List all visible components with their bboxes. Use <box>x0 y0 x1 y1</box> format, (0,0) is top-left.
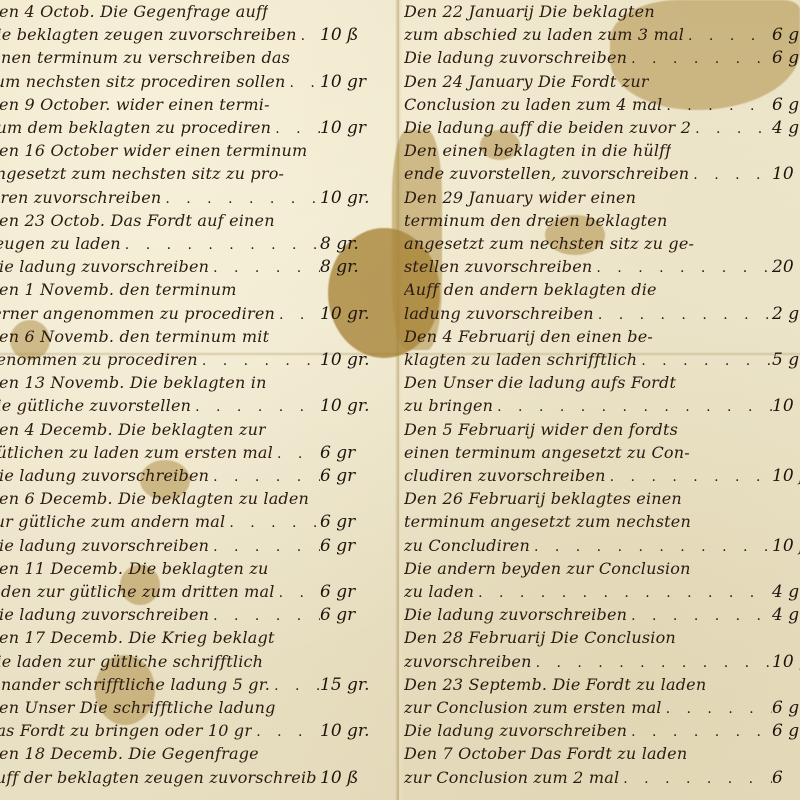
ledger-entry-line: laden zur gütliche zum dritten mal. . . … <box>0 582 378 606</box>
entry-text: Den 7 October Das Fordt zu laden <box>404 744 687 763</box>
entry-text: Den 24 January Die Fordt zur <box>404 72 649 91</box>
entry-text: Den 29 January wider einen <box>404 188 636 207</box>
ledger-entry-line: Den 23 Octob. Das Fordt auf einen <box>0 211 378 235</box>
entry-amount: 6 gr <box>320 536 378 556</box>
entry-text: einander schrifftliche ladung 5 gr. <box>0 675 270 694</box>
entry-text: genommen zu procediren <box>0 350 198 369</box>
entry-text: Den 9 October. wider einen termi- <box>0 95 270 114</box>
leader-dots: . . . . . . . . . . . . . . . <box>209 539 320 555</box>
ledger-entry-line: Den 29 January wider einen <box>404 188 800 212</box>
entry-amount: 6 gr <box>320 605 378 625</box>
entry-amount: 6 <box>772 768 800 788</box>
ledger-entry-line: auff der beklagten zeugen zuvorschreib..… <box>0 768 378 792</box>
leader-dots: . . . . . . . . . . . . . . . <box>594 307 772 323</box>
entry-text: Den Unser die ladung aufs Fordt <box>404 373 676 392</box>
ledger-entry-line: Die ladung zuvorschreiben. . . . . . . .… <box>404 721 800 745</box>
entry-text: Den 6 Novemb. den terminum mit <box>0 327 269 346</box>
entry-text: klagten zu laden schrifftlich <box>404 350 637 369</box>
entry-text: Die ladung zuvorschreiben <box>404 48 627 67</box>
entry-amount: 10 gr. <box>320 350 378 370</box>
entry-amount: 6 gr <box>320 582 378 602</box>
entry-amount: 6 gr <box>320 512 378 532</box>
entry-amount: 10 ß <box>772 536 800 556</box>
entry-text: terminum angesetzt zum nechsten <box>404 512 691 531</box>
leader-dots: . . . . . . . . . . . . . . . <box>285 75 320 91</box>
ledger-entry-line: angesetzt zum nechsten sitz zu pro- <box>0 164 378 188</box>
ledger-entry-line: Die ladung zuvorschreiben. . . . . . . .… <box>404 48 800 72</box>
entry-text: zu Concludiren <box>404 536 530 555</box>
leader-dots: . . . . . . . . . . . . . . . <box>684 28 772 44</box>
leader-dots: . . . . . . . . . . . . . . . <box>271 121 320 137</box>
leader-dots: . . . . . . . . . . . . . . . <box>532 655 772 671</box>
leader-dots: . . . . . . . . . . . . . . . <box>689 167 772 183</box>
entry-amount: 2 g <box>772 304 800 324</box>
entry-text: die beklagten zeugen zuvorschreiben <box>0 25 297 44</box>
ledger-entry-line: Den 9 October. wider einen termi- <box>0 95 378 119</box>
ledger-entry-line: Die ladung zuvorschreiben. . . . . . . .… <box>0 605 378 629</box>
leader-dots: . . . . . . . . . . . . . . . <box>273 446 320 462</box>
ledger-entry-line: stellen zuvorschreiben. . . . . . . . . … <box>404 257 800 281</box>
entry-text: ciren zuvorschreiben <box>0 188 161 207</box>
entry-text: angesetzt zum nechsten sitz zu pro- <box>0 164 284 183</box>
ledger-entry-line: terminum angesetzt zum nechsten <box>404 512 800 536</box>
leader-dots: . . . . . . . . . . . . . . . <box>209 469 320 485</box>
entry-text: zum abschied zu laden zum 3 mal <box>404 25 684 44</box>
entry-text: Die ladung zuvorschreiben <box>0 257 209 276</box>
entry-text: Die ladung auff die beiden zuvor 2 <box>404 118 691 137</box>
ledger-entry-line: zu bringen. . . . . . . . . . . . . . .1… <box>404 396 800 420</box>
entry-text: stellen zuvorschreiben <box>404 257 592 276</box>
entry-amount: 6 g <box>772 25 800 45</box>
entry-text: Die ladung zuvorschreiben <box>0 536 209 555</box>
ledger-entry-line: ende zuvorstellen, zuvorschreiben. . . .… <box>404 164 800 188</box>
ledger-entry-line: zur Conclusion zum 2 mal. . . . . . . . … <box>404 768 800 792</box>
leader-dots: . . . . . . . . . . . . . . . <box>270 678 320 694</box>
entry-amount: 4 g <box>772 605 800 625</box>
ledger-entry-line: Den 28 Februarij Die Conclusion <box>404 628 800 652</box>
entry-text: Die ladung zuvorschreiben <box>404 721 627 740</box>
entry-amount: 6 gr <box>320 466 378 486</box>
ledger-entry-line: angesetzt zum nechsten sitz zu ge- <box>404 234 800 258</box>
leader-dots: . . . . . . . . . . . . . . . <box>627 608 772 624</box>
entry-text: Den Unser Die schrifftliche ladung <box>0 698 276 717</box>
ledger-entry-line: Den 17 Decemb. Die Krieg beklagt <box>0 628 378 652</box>
leader-dots: . . . . . . . . . . . . . . . <box>592 260 772 276</box>
entry-amount: 4 g <box>772 582 800 602</box>
ledger-entry-line: Den einen beklagten in die hülff <box>404 141 800 165</box>
leader-dots: . . . . . . . . . . . . . . . <box>530 539 772 555</box>
leader-dots: . . . . . . . . . . . . . . . <box>191 399 320 415</box>
entry-amount: 10 ß <box>320 25 378 45</box>
ledger-entry-line: cludiren zuvorschreiben. . . . . . . . .… <box>404 466 800 490</box>
entry-text: Den 11 Decemb. Die beklagten zu <box>0 559 268 578</box>
ledger-entry-line: Die ladung auff die beiden zuvor 2. . . … <box>404 118 800 142</box>
entry-text: zur Conclusion zum 2 mal <box>404 768 619 787</box>
leader-dots: . . . . . . . . . . . . . . . <box>627 724 772 740</box>
entry-amount: 6 g <box>772 48 800 68</box>
ledger-entry-line: Die ladung zuvorschreiben. . . . . . . .… <box>0 257 378 281</box>
ledger-entry-line: Den 1 Novemb. den terminum <box>0 280 378 304</box>
ledger-entry-line: Den 6 Novemb. den terminum mit <box>0 327 378 351</box>
ledger-entry-line: Den Unser Die schrifftliche ladung <box>0 698 378 722</box>
leader-dots: . . . . . . . . . . . . . . . <box>662 701 772 717</box>
entry-text: Den 5 Februarij wider den fordts <box>404 420 678 439</box>
entry-amount: 10 g <box>772 652 800 672</box>
ledger-entry-line: einander schrifftliche ladung 5 gr.. . .… <box>0 675 378 699</box>
entry-amount: 10 gr. <box>320 396 378 416</box>
entry-text: Den 22 Januarij Die beklagten <box>404 2 655 21</box>
entry-text: die laden zur gütliche schrifftlich <box>0 652 263 671</box>
leader-dots: . . . . . . . . . . . . . . . <box>297 28 320 44</box>
ledger-entry-line: terminum den dreien beklagten <box>404 211 800 235</box>
ledger-entry-line: Den 4 Februarij den einen be- <box>404 327 800 351</box>
entry-amount: 10 <box>772 164 800 184</box>
entry-text: zur Conclusion zum ersten mal <box>404 698 662 717</box>
entry-text: Den 28 Februarij Die Conclusion <box>404 628 676 647</box>
ledger-entry-line: Den 5 Februarij wider den fordts <box>404 420 800 444</box>
entry-text: ende zuvorstellen, zuvorschreiben <box>404 164 689 183</box>
entry-amount: 10 gr <box>320 118 378 138</box>
entry-text: Den 1 Novemb. den terminum <box>0 280 237 299</box>
entry-amount: 5 g <box>772 350 800 370</box>
manuscript-page: Den 4 Octob. Die Gegenfrage auffdie bekl… <box>0 0 800 800</box>
entry-text: zum nechsten sitz procediren sollen <box>0 72 285 91</box>
ledger-entry-line: Die ladung zuvorschreiben. . . . . . . .… <box>0 466 378 490</box>
entry-text: cludiren zuvorschreiben <box>404 466 606 485</box>
entry-text: zeugen zu laden <box>0 234 121 253</box>
entry-amount: 10 ß <box>320 768 378 788</box>
entry-text: Den 13 Novemb. Die beklagten in <box>0 373 267 392</box>
leader-dots: . . . . . . . . . . . . . . . <box>493 399 772 415</box>
ledger-entry-line: zum nechsten sitz procediren sollen. . .… <box>0 72 378 96</box>
entry-text: gütlichen zu laden zum ersten mal <box>0 443 273 462</box>
leader-dots: . . . . . . . . . . . . . . . <box>252 724 320 740</box>
entry-text: Den 17 Decemb. Die Krieg beklagt <box>0 628 275 647</box>
ledger-entry-line: genommen zu procediren. . . . . . . . . … <box>0 350 378 374</box>
entry-text: Den 4 Februarij den einen be- <box>404 327 653 346</box>
entry-amount: 6 g <box>772 95 800 115</box>
entry-text: Die andern beyden zur Conclusion <box>404 559 691 578</box>
entry-text: num dem beklagten zu procediren <box>0 118 271 137</box>
ledger-entry-line: num dem beklagten zu procediren. . . . .… <box>0 118 378 142</box>
entry-amount: 6 gr <box>320 443 378 463</box>
ledger-entry-line: die gütliche zuvorstellen. . . . . . . .… <box>0 396 378 420</box>
leader-dots: . . . . . . . . . . . . . . . <box>606 469 772 485</box>
entry-amount: 8 gr. <box>320 234 378 254</box>
entry-text: das Fordt zu bringen oder 10 gr <box>0 721 252 740</box>
entry-text: Den 16 October wider einen terminum <box>0 141 307 160</box>
entry-text: laden zur gütliche zum dritten mal <box>0 582 275 601</box>
ledger-entry-line: klagten zu laden schrifftlich. . . . . .… <box>404 350 800 374</box>
ledger-entry-line: Den 13 Novemb. Die beklagten in <box>0 373 378 397</box>
entry-amount: 15 gr. <box>320 675 378 695</box>
ledger-entry-line: gütlichen zu laden zum ersten mal. . . .… <box>0 443 378 467</box>
entry-text: Den 23 Septemb. Die Fordt zu laden <box>404 675 706 694</box>
leader-dots: . . . . . . . . . . . . . . . <box>121 237 320 253</box>
ledger-entry-line: Auff den andern beklagten die <box>404 280 800 304</box>
ledger-entry-line: Conclusion zu laden zum 4 mal. . . . . .… <box>404 95 800 119</box>
entry-text: Den 4 Octob. Die Gegenfrage auff <box>0 2 268 21</box>
leader-dots: . . . . . . . . . . . . . . . <box>161 191 320 207</box>
entry-text: Die ladung zuvorschreiben <box>0 605 209 624</box>
center-fold <box>395 0 403 800</box>
ledger-entry-line: zu laden. . . . . . . . . . . . . . .4 g <box>404 582 800 606</box>
leader-dots: . . . . . . . . . . . . . . . <box>691 121 772 137</box>
ledger-entry-line: zuvorschreiben. . . . . . . . . . . . . … <box>404 652 800 676</box>
leader-dots: . . . . . . . . . . . . . . . <box>209 260 320 276</box>
ledger-entry-line: einen terminum angesetzt zu Con- <box>404 443 800 467</box>
entry-text: ferner angenommen zu procediren <box>0 304 275 323</box>
entry-amount: 20 <box>772 257 800 277</box>
ledger-entry-line: Die andern beyden zur Conclusion <box>404 559 800 583</box>
entry-text: Den 18 Decemb. Die Gegenfrage <box>0 744 259 763</box>
entry-amount: 10 gr. <box>320 188 378 208</box>
ledger-entry-line: Den 11 Decemb. Die beklagten zu <box>0 559 378 583</box>
entry-text: Die ladung zuvorschreiben <box>0 466 209 485</box>
entry-text: Den 6 Decemb. Die beklagten zu laden <box>0 489 309 508</box>
ledger-entry-line: Den 6 Decemb. Die beklagten zu laden <box>0 489 378 513</box>
entry-text: Conclusion zu laden zum 4 mal <box>404 95 662 114</box>
entry-text: zur gütliche zum andern mal <box>0 512 225 531</box>
leader-dots: . . . . . . . . . . . . . . . <box>637 353 772 369</box>
entry-text: terminum den dreien beklagten <box>404 211 667 230</box>
entry-amount: 6 g <box>772 698 800 718</box>
entry-amount: 10 gr <box>320 72 378 92</box>
entry-amount: 10 <box>772 396 800 416</box>
ledger-entry-line: zeugen zu laden. . . . . . . . . . . . .… <box>0 234 378 258</box>
entry-text: Den 26 Februarij beklagtes einen <box>404 489 682 508</box>
ledger-entry-line: einen terminum zu verschreiben das <box>0 48 378 72</box>
entry-text: Den einen beklagten in die hülff <box>404 141 671 160</box>
entry-text: einen terminum angesetzt zu Con- <box>404 443 690 462</box>
ledger-entry-line: Den 4 Decemb. Die beklagten zur <box>0 420 378 444</box>
ledger-entry-line: ferner angenommen zu procediren. . . . .… <box>0 304 378 328</box>
entry-text: Den 23 Octob. Das Fordt auf einen <box>0 211 275 230</box>
entry-text: Den 4 Decemb. Die beklagten zur <box>0 420 266 439</box>
ledger-entry-line: das Fordt zu bringen oder 10 gr. . . . .… <box>0 721 378 745</box>
ledger-entry-line: Den 23 Septemb. Die Fordt zu laden <box>404 675 800 699</box>
entry-text: Die ladung zuvorschreiben <box>404 605 627 624</box>
leader-dots: . . . . . . . . . . . . . . . <box>275 585 320 601</box>
ledger-entry-line: die beklagten zeugen zuvorschreiben. . .… <box>0 25 378 49</box>
leader-dots: . . . . . . . . . . . . . . . <box>627 51 772 67</box>
entry-amount: 8 gr. <box>320 257 378 277</box>
entry-text: Auff den andern beklagten die <box>404 280 657 299</box>
ledger-entry-line: zum abschied zu laden zum 3 mal. . . . .… <box>404 25 800 49</box>
entry-text: zuvorschreiben <box>404 652 532 671</box>
entry-text: zu laden <box>404 582 474 601</box>
entry-text: zu bringen <box>404 396 493 415</box>
entry-text: die gütliche zuvorstellen <box>0 396 191 415</box>
ledger-entry-line: zur gütliche zum andern mal. . . . . . .… <box>0 512 378 536</box>
ledger-entry-line: Den 7 October Das Fordt zu laden <box>404 744 800 768</box>
ledger-entry-line: ciren zuvorschreiben. . . . . . . . . . … <box>0 188 378 212</box>
entry-amount: 10 gr. <box>320 304 378 324</box>
ledger-entry-line: Den 26 Februarij beklagtes einen <box>404 489 800 513</box>
ledger-entry-line: Die ladung zuvorschreiben. . . . . . . .… <box>404 605 800 629</box>
leader-dots: . . . . . . . . . . . . . . . <box>474 585 772 601</box>
entry-amount: 10 gr. <box>320 721 378 741</box>
ledger-entry-line: Den 24 January Die Fordt zur <box>404 72 800 96</box>
ledger-entry-line: zu Concludiren. . . . . . . . . . . . . … <box>404 536 800 560</box>
entry-amount: 4 g <box>772 118 800 138</box>
leader-dots: . . . . . . . . . . . . . . . <box>662 98 772 114</box>
entry-text: auff der beklagten zeugen zuvorschreib. <box>0 768 316 787</box>
ledger-entry-line: zur Conclusion zum ersten mal. . . . . .… <box>404 698 800 722</box>
leader-dots: . . . . . . . . . . . . . . . <box>619 771 772 787</box>
leader-dots: . . . . . . . . . . . . . . . <box>275 307 320 323</box>
ledger-entry-line: Die ladung zuvorschreiben. . . . . . . .… <box>0 536 378 560</box>
leader-dots: . . . . . . . . . . . . . . . <box>225 515 320 531</box>
leader-dots: . . . . . . . . . . . . . . . <box>209 608 320 624</box>
ledger-entry-line: Den 16 October wider einen terminum <box>0 141 378 165</box>
entry-text: ladung zuvorschreiben <box>404 304 594 323</box>
ledger-entry-line: Den 22 Januarij Die beklagten <box>404 2 800 26</box>
entry-amount: 6 g <box>772 721 800 741</box>
ledger-entry-line: die laden zur gütliche schrifftlich <box>0 652 378 676</box>
ledger-entry-line: Den 4 Octob. Die Gegenfrage auff <box>0 2 378 26</box>
entry-text: einen terminum zu verschreiben das <box>0 48 290 67</box>
entry-amount: 10 ß <box>772 466 800 486</box>
leader-dots: . . . . . . . . . . . . . . . <box>198 353 320 369</box>
ledger-entry-line: Den 18 Decemb. Die Gegenfrage <box>0 744 378 768</box>
entry-text: angesetzt zum nechsten sitz zu ge- <box>404 234 694 253</box>
ledger-entry-line: Den Unser die ladung aufs Fordt <box>404 373 800 397</box>
ledger-entry-line: ladung zuvorschreiben. . . . . . . . . .… <box>404 304 800 328</box>
